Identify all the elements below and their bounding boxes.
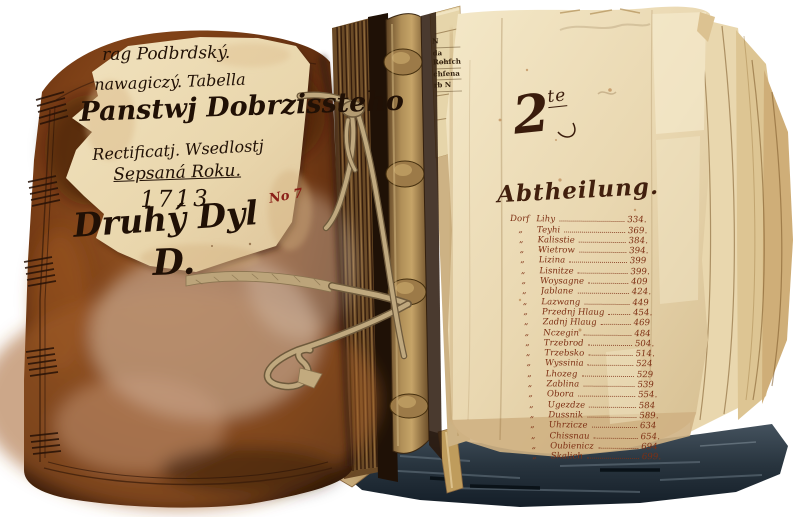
- index-row-page: 634: [640, 421, 671, 431]
- printed-fragment: N da Rohſch chſena rb N: [432, 36, 462, 92]
- index-row-prefix: „: [511, 348, 545, 358]
- dotted-leader: [588, 283, 628, 284]
- index-row-prefix: „: [508, 297, 542, 307]
- dotted-leader: [592, 427, 637, 428]
- index-row-village: Wietrow: [538, 245, 575, 255]
- index-row-prefix: „: [511, 338, 545, 348]
- index-row-village: Trzebsko: [544, 348, 584, 358]
- index-row-page: 399.: [630, 267, 661, 277]
- dotted-leader: [588, 345, 632, 346]
- book-photo: rag Podbrdský. nawagiczý. Tabella Panstw…: [0, 0, 800, 517]
- printed-fragment-line: rb N: [434, 80, 462, 92]
- index-row-page: 529: [637, 370, 668, 380]
- index-row-prefix: „: [517, 441, 551, 451]
- index-row: „ Skalich 699.: [517, 451, 672, 463]
- index-row-page: 449: [632, 298, 663, 308]
- index-row-prefix: „: [509, 317, 543, 327]
- index-row-page: 484: [634, 329, 665, 339]
- index-row-prefix: „: [506, 255, 540, 265]
- index-row-village: Oubienicz: [550, 441, 594, 451]
- index-row-prefix: „: [513, 379, 547, 389]
- index-row-village: Chissnau: [549, 431, 590, 441]
- dotted-leader: [583, 386, 634, 387]
- dotted-leader: [579, 242, 626, 243]
- section-number: 2te: [510, 85, 570, 142]
- index-row-village: Kalisstie: [537, 235, 575, 245]
- index-row-village: Trzebrod: [544, 338, 584, 348]
- index-row-village: Lisnitze: [539, 266, 574, 276]
- dotted-leader: [584, 303, 629, 304]
- index-row-page: 369.: [628, 226, 659, 236]
- index-row-page: 589.: [639, 411, 670, 421]
- dotted-leader: [601, 324, 631, 325]
- index-row-prefix: „: [514, 400, 548, 410]
- dotted-leader: [587, 458, 639, 459]
- index-row-prefix: „: [504, 235, 538, 245]
- index-row-page: 454.: [633, 308, 664, 318]
- index-row-page: 394.: [629, 246, 660, 256]
- dotted-leader: [588, 365, 634, 366]
- index-row-page: 694: [641, 442, 672, 452]
- dotted-leader: [588, 355, 632, 356]
- index-row-village: Teyhi: [537, 225, 561, 235]
- index-row-prefix: „: [518, 451, 552, 461]
- index-row-village: Nczegin: [543, 328, 579, 338]
- dotted-leader: [578, 396, 635, 397]
- index-row-page: 699.: [642, 452, 673, 462]
- dotted-leader: [564, 231, 625, 233]
- dotted-leader: [587, 417, 636, 418]
- index-row-prefix: „: [512, 369, 546, 379]
- dotted-leader: [583, 334, 631, 335]
- index-row-prefix: „: [507, 286, 541, 296]
- index-row-village: Lihy: [536, 215, 555, 225]
- index-row-village: Przednj Hlaug: [542, 307, 605, 318]
- printed-fragment-line: chſena: [433, 68, 461, 80]
- index-list: Dorf Lihy 334. „ Teyhi 369. „ Kalisstie …: [503, 214, 672, 462]
- dotted-leader: [608, 314, 630, 315]
- index-row-page: 399: [630, 257, 661, 267]
- printed-fragment-line: da Rohſch: [432, 47, 461, 69]
- index-row-village: Obora: [547, 390, 575, 400]
- dotted-leader: [577, 293, 629, 294]
- dotted-leader: [569, 262, 627, 264]
- index-row-page: 384.: [628, 236, 659, 246]
- printed-fragment-line: N: [432, 36, 460, 48]
- index-row-page: 524: [636, 360, 667, 370]
- section-number-ordinal: te: [546, 85, 567, 108]
- index-row-village: Jablane: [540, 287, 573, 297]
- label-line-region: rag Podbrdský.: [102, 45, 230, 64]
- index-row-page: 424.: [632, 287, 663, 297]
- index-row-page: 469: [633, 318, 664, 328]
- dotted-leader: [581, 375, 634, 376]
- index-row-prefix: „: [510, 328, 544, 338]
- index-row-prefix: „: [516, 420, 550, 430]
- index-row-prefix: „: [504, 225, 538, 235]
- index-row-page: 334.: [627, 215, 658, 225]
- index-row-prefix: „: [516, 431, 550, 441]
- index-row-village: Zadnj Hlaug: [542, 318, 597, 328]
- index-row-page: 539: [637, 380, 668, 390]
- dotted-leader: [578, 272, 628, 273]
- index-row-village: Lizina: [539, 256, 566, 266]
- index-row-prefix: „: [505, 245, 539, 255]
- label-line-letter: D.: [152, 244, 196, 281]
- index-row-page: 654.: [640, 432, 671, 442]
- dotted-leader: [559, 221, 624, 223]
- index-row-prefix: „: [507, 276, 541, 286]
- index-row-prefix: „: [515, 410, 549, 420]
- index-row-page: 584: [638, 401, 669, 411]
- index-row-village: Lazwang: [541, 297, 581, 307]
- index-row-page: 554.: [638, 390, 669, 400]
- index-row-village: Skalich: [551, 451, 584, 461]
- index-row-page: 504.: [635, 339, 666, 349]
- label-line-written: Sepsaná Roku.: [113, 163, 241, 184]
- index-row-prefix: „: [506, 266, 540, 276]
- index-row-village: Zablina: [546, 379, 579, 389]
- index-row-page: 409: [631, 277, 662, 287]
- dotted-leader: [598, 448, 639, 449]
- index-row-prefix: „: [514, 389, 548, 399]
- index-row-village: Woysagne: [540, 276, 585, 286]
- index-row-prefix: „: [512, 358, 546, 368]
- dotted-leader: [589, 406, 636, 407]
- index-row-village: Lhozeg: [545, 369, 577, 379]
- index-row-village: Uhrzicze: [549, 421, 588, 431]
- index-row-page: 514.: [635, 349, 666, 359]
- dotted-leader: [594, 437, 638, 438]
- index-row-prefix: „: [509, 307, 543, 317]
- index-row-prefix: Dorf: [503, 214, 537, 224]
- dotted-leader: [579, 252, 626, 253]
- index-row-village: Dussnik: [548, 410, 583, 420]
- index-row-village: Ugezdze: [547, 400, 585, 410]
- index-row-village: Wyssinia: [545, 359, 584, 369]
